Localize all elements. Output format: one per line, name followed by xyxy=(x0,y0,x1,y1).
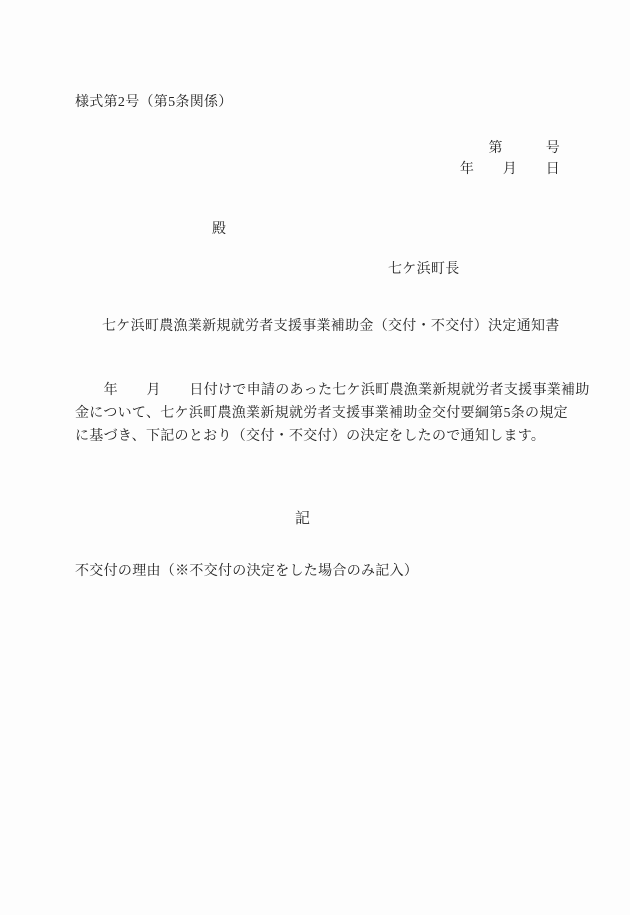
rejection-reason-label: 不交付の理由（※不交付の決定をした場合のみ記入） xyxy=(75,563,418,580)
document-number-line: 第 号 xyxy=(489,140,561,157)
form-number-label: 様式第2号（第5条関係） xyxy=(75,94,233,111)
sender-mayor-line: 七ケ浜町長 xyxy=(388,261,460,278)
body-line-3: に基づき、下記のとおり（交付・不交付）の決定をしたので通知します。 xyxy=(75,425,575,448)
body-paragraph: 年 月 日付けで申請のあった七ケ浜町農漁業新規就労者支援事業補助 金について、七… xyxy=(75,379,575,448)
document-title: 七ケ浜町農漁業新規就労者支援事業補助金（交付・不交付）決定通知書 xyxy=(102,318,560,335)
body-line-1: 年 月 日付けで申請のあった七ケ浜町農漁業新規就労者支援事業補助 xyxy=(75,379,575,402)
body-line-2: 金について、七ケ浜町農漁業新規就労者支援事業補助金交付要綱第5条の規定 xyxy=(75,402,575,425)
addressee-honorific: 殿 xyxy=(212,221,226,238)
document-page: 様式第2号（第5条関係） 第 号 年 月 日 殿 七ケ浜町長 七ケ浜町農漁業新規… xyxy=(0,0,630,915)
date-line: 年 月 日 xyxy=(460,161,560,178)
section-marker-ki: 記 xyxy=(295,511,310,528)
